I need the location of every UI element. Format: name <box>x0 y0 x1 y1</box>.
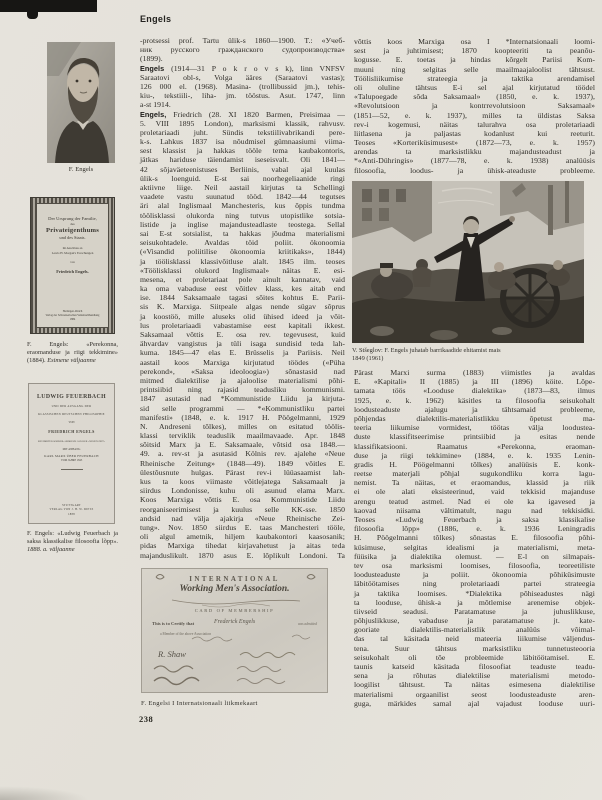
text-line: rev-i kogemusi, näitas talurahva osa pro… <box>354 120 595 129</box>
text-line: «Revolutsioon ja kontrrevolutsioon Saksa… <box>354 101 595 110</box>
card-subtitle-membership: CARD OF MEMBERSHIP <box>142 608 327 613</box>
book2-imprint-line: VERLAG VON J. H. W. DIETZ <box>50 508 94 512</box>
text-line: majanduslikult. 1870 asus E. lõplikult L… <box>140 551 345 560</box>
book-cover-ursprung-page: Der Ursprung der Familie, des Privateige… <box>36 203 109 328</box>
text-line: äri alal Inglismaal Manchesteris, kus õp… <box>140 201 345 210</box>
scan-artifact-dot <box>27 12 38 19</box>
text-line: k-s. Lahkus 1837 isa nõudmisel gümnaasiu… <box>140 137 345 146</box>
text-line: küsimuse, selgitas idealismi ja material… <box>354 543 595 552</box>
text-line: gradis H. Pöögelmanni tõlkes) analüüsis … <box>354 460 595 469</box>
text-line: manifesti» (1848, e. k. 1917 H. Pöögelma… <box>140 413 345 422</box>
book1-subtitle: Lewis H. Morgan's Forschungen <box>52 251 94 256</box>
text-line: tamata töös «Looduse dialektika» (1873—8… <box>354 386 595 395</box>
text-line: 1847 asutasid nad *Kommunistide Liidu ja… <box>140 394 345 403</box>
text-line: Saraatovi obl-s, Volga ääres (Saraatovi … <box>140 73 345 82</box>
text-line: Koos Marxiga võttis E. osa Kommunistide … <box>140 495 345 504</box>
text-line: tev osa marksismi loomises, filosoofia, … <box>354 561 595 570</box>
book2-subtitle-line: UND DER AUSGANG DER <box>52 404 92 409</box>
text-line: Saksamaal võttis E. osa rev. tegevusest,… <box>140 330 345 339</box>
text-line: reorganiseerimisest ja kuulus selle KK-s… <box>140 505 345 514</box>
text-line: mitmed dialektilise ja ajaloolise materi… <box>140 376 345 385</box>
text-line: pidas Marxiga tihedat kirjavahetust ja a… <box>140 541 345 550</box>
text-line: Engels, Friedrich (28. XI 1820 Barmen, P… <box>140 110 345 119</box>
text-line: kus ta koos viimaste võitlejatega Saksam… <box>140 477 345 486</box>
encyclopedia-page: Engels F. Engels Der Ursprung der Famili… <box>0 0 602 800</box>
card-caption: F. Engelsi I Internatsionaali liikmekaar… <box>141 700 341 707</box>
card-title-association: Working Men's Association. <box>142 584 327 594</box>
text-line: oli oluline tähtsus E-i sel ajal kirjuta… <box>354 83 595 92</box>
text-line: Teoses «Korteriküsimusest» (1872—73, e. … <box>354 138 595 147</box>
text-line: Teoses «Ludwig Feuerbach ja saksa klassi… <box>354 515 595 524</box>
running-header: Engels <box>140 14 171 24</box>
portrait-caption: F. Engels <box>40 166 122 173</box>
text-line: sai E-st sotsialist, ta hakkas jõudma ma… <box>140 229 345 238</box>
text-line: sid selle programmi — *«Kommunistliku pa… <box>140 404 345 413</box>
book2-caption-edition: 1888. a. väljaanne <box>27 546 75 553</box>
text-line: ник русского гражданского судопроизводст… <box>140 45 345 54</box>
text-line: muuni ning selgitas selle maailmaajalool… <box>354 65 595 74</box>
text-line: -protsessi prof. Tartu ülik-s 1860—1900.… <box>140 36 345 45</box>
text-line: sest klassist ja hakkas tööle tema kauba… <box>140 146 345 155</box>
book-cover-feuerbach: LUDWIG FEUERBACH UND DER AUSGANG DER KLA… <box>28 383 115 524</box>
text-line: tena. Suur tähtsus marksistliku tunnetus… <box>354 644 595 653</box>
portrait-illustration <box>47 42 115 163</box>
barricade-caption: V. Stšeglov: F. Engels juhatab barrikaad… <box>352 347 592 363</box>
book2-revision-note: REVIDIRTER SONDER-ABDRUCK AUS DER «NEUEN… <box>37 440 107 444</box>
book1-author: Friedrich Engels. <box>56 269 88 275</box>
text-line: proletariaadi juht. Sündis tekstiilivabr… <box>140 128 345 137</box>
text-line: V. Stšeglov: F. Engels juhatab barrikaad… <box>352 347 592 355</box>
text-line: jätkas hariduse täiendamist iseseisvalt.… <box>140 155 345 164</box>
text-line: aktiivne liige. Neil aastail kirjutas ta… <box>140 183 345 192</box>
text-line: ise. 1844 Saksamaale tagasi sõites kohtu… <box>140 293 345 302</box>
text-line: ja koostöö, mille aluseks olid ühised id… <box>140 312 345 321</box>
text-line: põhjendas dialektilis-materialistlikku õ… <box>354 414 595 423</box>
text-line: klassi terviklik teaduslik maailmavaade.… <box>140 431 345 440</box>
text-line: ta looduse, ühisk-a ja mõtlemise arenemi… <box>354 598 595 607</box>
text-line: guga, märkides samal ajal vajadust loodu… <box>354 699 595 708</box>
text-line: ähvardav vangistus ja tüli isaga sundisi… <box>140 339 345 348</box>
text-line: filosoofia lõpp» (1886, e. k. 1936 Lenin… <box>354 524 595 533</box>
text-line: materialismi orgaanilist seost loodustea… <box>354 690 595 699</box>
text-line: klassifikatsiooni. Raamatus «Perekonna, … <box>354 442 595 451</box>
text-line: vaadete vastu suunatud tööd. 1842—44 teg… <box>140 192 345 201</box>
text-line: perekond», «Saksa ideoloogia») sõnastasi… <box>140 367 345 376</box>
text-line: H. Pöögelmanni tõlkes) sõnastas E. filos… <box>354 533 595 542</box>
text-line: seisukohalt oli tõe probleemide läbitööt… <box>354 653 595 662</box>
text-line: andsid nad välja ajakirja «Neue Rheinisc… <box>140 514 345 523</box>
text-line: Töölisliikumise strateegia ja taktika ar… <box>354 74 595 83</box>
text-line: («Visandid poliitilise ökonoomia kriitik… <box>140 247 345 256</box>
text-line: ülestõusnute hulgas. Pärast rev-i lüüasa… <box>140 468 345 477</box>
membership-card-photo: INTERNATIONAL Working Men's Association.… <box>141 568 328 693</box>
book2-author: FRIEDRICH ENGELS <box>48 429 95 435</box>
text-line: läbitöötamises ning proletariaadi partei… <box>354 579 595 588</box>
text-line: teeria liikumise vormidest, töötas välja… <box>354 423 595 432</box>
book1-caption-edition: Esimene väljaanne <box>47 357 95 364</box>
text-line: loodusteaduste ajalugu ja tähtsamaid pro… <box>354 405 595 414</box>
text-line: loogilist tähtsust. Ta näitas esimesena … <box>354 680 595 689</box>
book1-imprint: Hottingen-Zürich Verlag der Schweizerisc… <box>46 310 100 322</box>
book1-title-line: Privateigenthums <box>46 227 99 235</box>
text-line: nemist. Ta näitas, et eraomandus, klassi… <box>354 478 595 487</box>
text-line: võttis koos Marxiga osa I *Internatsiona… <box>354 37 595 46</box>
text-line: Rheinische Zeitung» (1848—49). 1849 võit… <box>140 459 345 468</box>
text-line: kaovad niisama vältimatult, nagu nad tek… <box>354 506 595 515</box>
text-line: reetse materjali põhjal sugukondliku kor… <box>354 469 595 478</box>
text-line: 1925, e. k. 1962) käsitles ta filosoofia… <box>354 396 595 405</box>
portrait-photo-engels <box>47 42 115 163</box>
text-line: põhjuslikkuse, vabaduse ja paratamatuse … <box>354 616 595 625</box>
scan-artifact-strip <box>0 0 97 12</box>
text-line: «Töölisklassi olukord Inglismaal» näitas… <box>140 266 345 275</box>
text-line: ja taktika loomises. *Dialektika põhisea… <box>354 589 595 598</box>
text-line: siirdus Londonisse, kuhu oli asunud elam… <box>140 486 345 495</box>
book2-caption-main: F. Engels: «Ludwig Feuerbach ja saksa kl… <box>27 530 118 545</box>
right-text-column-bottom: Pärast Marxi surma (1883) viimistles ja … <box>354 368 595 708</box>
text-line: arendas ta marksistlikku majandusteadust… <box>354 147 595 156</box>
text-line: ülik-s loenguid. E-st sai noorhegeliaani… <box>140 174 345 183</box>
text-line: printsiibid ning rajasid teadusliku komm… <box>140 385 345 394</box>
book2-von: VON <box>68 421 74 425</box>
text-line: listide ja inglise majandusteadlaste teo… <box>140 220 345 229</box>
text-line: «Talupoegade sõda Saksamaal» (1850, e. k… <box>354 92 595 101</box>
book1-title-line: und des Staats. <box>59 235 85 241</box>
book1-subtitle: von <box>70 260 75 265</box>
barricade-illustration <box>352 181 584 343</box>
card-member-name: Frederick Engels <box>214 619 255 625</box>
book1-caption: F. Engels: «Perekonna, eraomanduse ja ri… <box>27 341 118 365</box>
text-line: ka oma vabaduse eest võitlev klass, kes … <box>140 284 345 293</box>
book2-imprint-line: 1888 <box>50 513 94 517</box>
book2-caption: F. Engels: «Ludwig Feuerbach ja saksa kl… <box>27 530 118 554</box>
text-line: 42 sõjaväeteenistuses Berliinis, vabal a… <box>140 165 345 174</box>
text-line: seisukohtadele. Avaldas töid poliit. öko… <box>140 238 345 247</box>
text-line: (1851—52, e. k. 1937), milles ta üldista… <box>354 111 595 120</box>
text-line: a-st 1914. <box>140 100 345 109</box>
text-line: 49. a. rev-st ja asutasid Kölnis rev. aj… <box>140 449 345 458</box>
text-line: *«Anti-Dühringis» (1877—78, e. k. 1938) … <box>354 156 595 165</box>
book2-appendix-year: VOM JAHRE 1845 <box>61 459 82 463</box>
text-line: ei ole alati eksisteerinud, vaid tekkisi… <box>354 487 595 496</box>
text-line: taunis katseid käsitada filosoofiat tead… <box>354 662 595 671</box>
text-line: (1899). <box>140 54 345 63</box>
text-line: arengu teatud astmel. Nad ei ole ka igav… <box>354 497 595 506</box>
page-number: 238 <box>139 714 153 724</box>
text-line: tung». Nov. 1850 siirdus E. taas Manches… <box>140 523 345 532</box>
card-admitted-text: was admitted <box>298 622 317 626</box>
text-line: kuma. 1845—47 elas E. Brüsselis ja Parii… <box>140 348 345 357</box>
card-member-line: a Member of the above Association <box>160 632 211 636</box>
text-line: ja töölisklassi klassivõitluse alalt. 18… <box>140 257 345 266</box>
right-text-column-top: võttis koos Marxiga osa I *Internatsiona… <box>354 37 595 175</box>
text-line: E. «Kapitali» II (1885) ja III (1896) kö… <box>354 377 595 386</box>
text-line: mesena, et proletariaat pole ainult kann… <box>140 275 345 284</box>
text-line: füüsika ja dialektika olemust. — E-l on … <box>354 552 595 561</box>
text-line: loodusteaduste ja poliit. ökonoomia põhi… <box>354 570 595 579</box>
text-line: kiu-, tekstiili-, liha- jm. tööstus. Asu… <box>140 91 345 100</box>
text-line: töölisklassi olukorda ning tutvus utopis… <box>140 211 345 220</box>
book1-imprint-line: 1884 <box>46 318 100 322</box>
text-line: oli algul ametnik, hiljem kaubakontori k… <box>140 532 345 541</box>
text-line: Engels (1914—31 P o k r o v s k), linn V… <box>140 64 345 73</box>
text-line: N. Andreseni tõlkes), milles on esitatud… <box>140 422 345 431</box>
card-title-international: INTERNATIONAL <box>142 575 327 583</box>
book-cover-ursprung: Der Ursprung der Familie, des Privateige… <box>30 197 115 334</box>
text-line: duste klassifitseerimise printsiibid ja … <box>354 432 595 441</box>
book2-subtitle-line: KLASSISCHEN DEUTSCHEN PHILOSOPHIE <box>38 412 105 417</box>
text-line: sis K. Marxiga. Siitpeale algas nende sü… <box>140 302 345 311</box>
text-line: liitlasena ja paljastas kodanlust kui re… <box>354 129 595 138</box>
left-text-column: -protsessi prof. Tartu ülik-s 1860—1900.… <box>140 36 345 560</box>
book2-rule <box>61 469 83 470</box>
book2-appendix-label: MIT ANHANG <box>63 448 81 452</box>
text-line: gooriate dialektilis-materialistlik anal… <box>354 625 595 634</box>
book2-title: LUDWIG FEUERBACH <box>37 393 106 401</box>
text-line: sena ja rõhutas dialektilise materialism… <box>354 671 595 680</box>
text-line: sõitsid Marx ja E. Saksamaale, võtsid os… <box>140 440 345 449</box>
barricade-scene <box>352 181 584 343</box>
card-certify-text: This is to Certify that <box>152 621 194 626</box>
book2-imprint: STUTTGART VERLAG VON J. H. W. DIETZ 1888 <box>50 504 94 517</box>
card-signature: R. Shaw <box>158 649 186 659</box>
text-line: sest ja juhtimisest; 1870 koopteeriti ta… <box>354 46 595 55</box>
text-line: 1849 (1961) <box>352 355 592 363</box>
text-line: kogusse. E. toetas ja hindas kõrgelt Par… <box>354 55 595 64</box>
text-line: aastail koos Marxiga kirjutatud töödes (… <box>140 358 345 367</box>
text-line: duse ja riigi tekkimine» (1884, e. k. 19… <box>354 451 595 460</box>
text-line: tiivseid seadusi. Paratamatuse ja juhusl… <box>354 607 595 616</box>
text-line: 5. VIII 1895 London), marksismi klassik,… <box>140 119 345 128</box>
scan-corner-shadow <box>0 786 90 800</box>
text-line: 126 000 el. (1968). Masina- (trollibussi… <box>140 82 345 91</box>
text-line: das tal käsitada neid mateeria liikumise… <box>354 634 595 643</box>
text-line: lus proletariaadi vabastamise eest kapit… <box>140 321 345 330</box>
text-line: filosoofia, loodus- ja ühisk-ateaduste p… <box>354 166 595 175</box>
text-line: Pärast Marxi surma (1883) viimistles ja … <box>354 368 595 377</box>
